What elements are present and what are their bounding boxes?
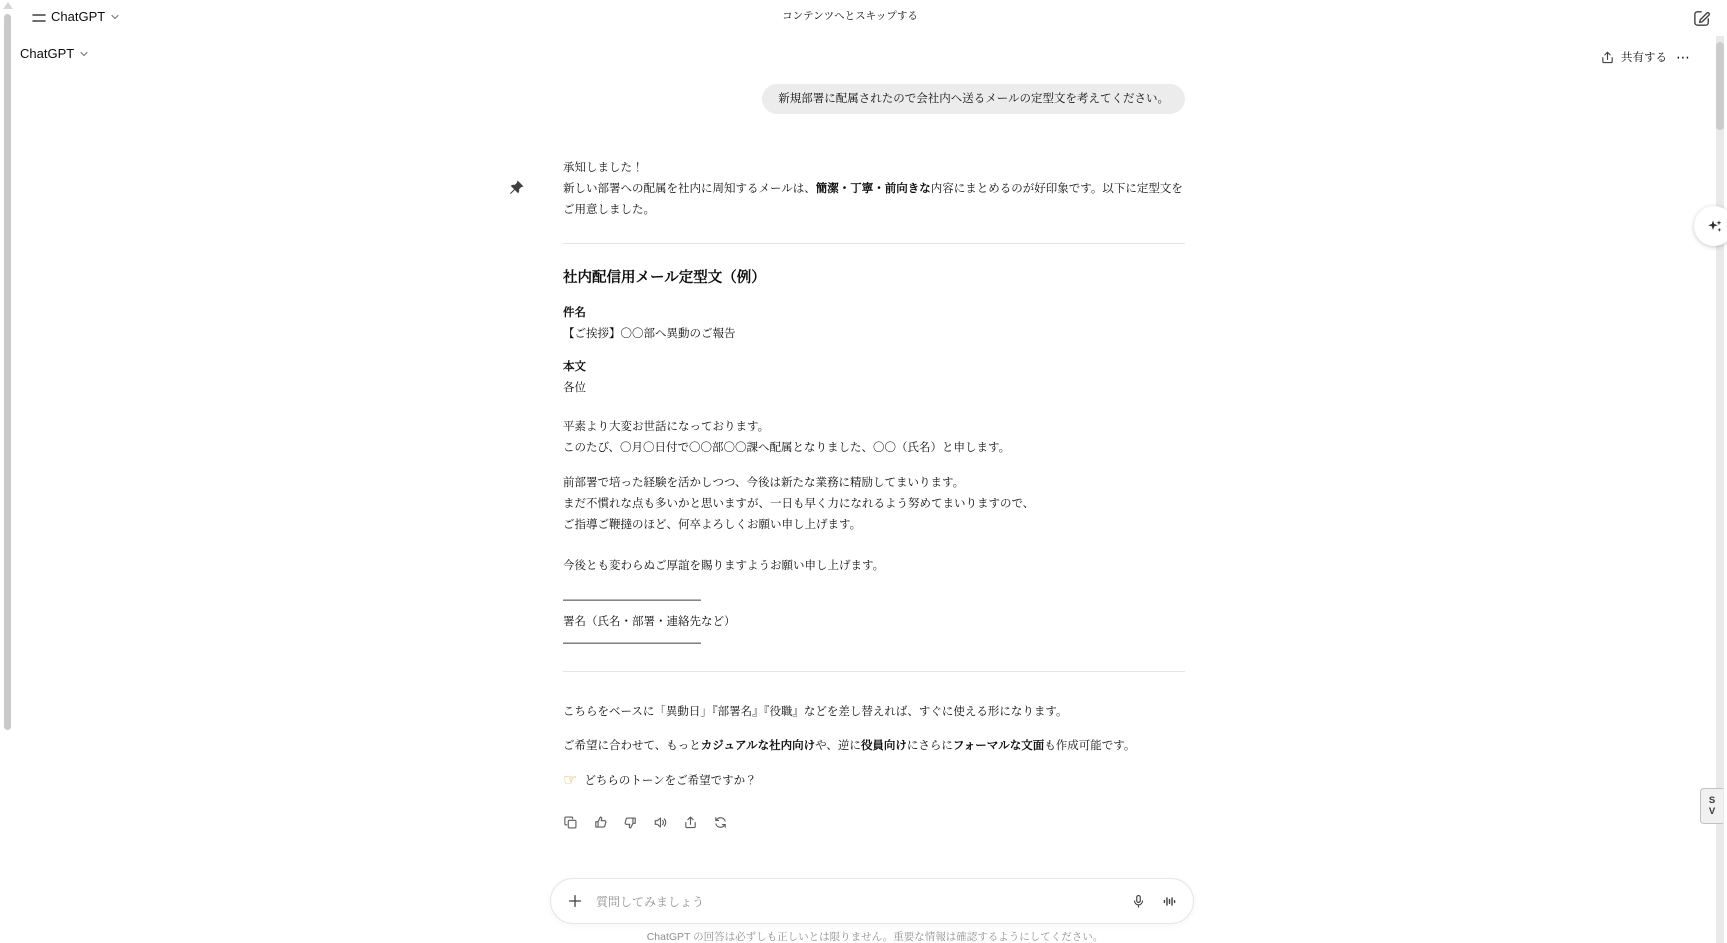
pushpin-icon <box>508 179 526 196</box>
conversation-thread: 新規部署に配属されたので会社内へ送るメールの定型文を考えてください。 承知しまし… <box>563 84 1185 834</box>
email-paragraph-1: 平素より大変お世話になっております。このたび、〇月〇日付で〇〇部〇〇課へ配属とな… <box>563 417 1185 459</box>
microphone-icon <box>1131 894 1146 909</box>
response-actions <box>559 812 1185 834</box>
sv-extension-badge[interactable]: S V <box>1700 788 1723 824</box>
thumbs-up-icon <box>593 815 608 830</box>
upload-icon <box>1600 50 1615 65</box>
copy-icon <box>563 815 578 830</box>
section-divider-bottom <box>563 671 1185 672</box>
user-message-bubble: 新規部署に配属されたので会社内へ送るメールの定型文を考えてください。 <box>762 84 1185 114</box>
compose-icon <box>1692 8 1714 28</box>
speaker-icon <box>653 815 668 830</box>
subject-label: 件名 <box>563 307 586 319</box>
share-button-label: 共有する <box>1621 49 1667 65</box>
assistant-outro-1: こちらをベースに「異動日」『部署名』『役職』などを差し替えれば、すぐに使える形に… <box>563 702 1185 723</box>
pointing-hand-icon: ☞ <box>563 773 577 789</box>
dictate-button[interactable] <box>1131 894 1146 909</box>
signature-line: 署名（氏名・部署・連絡先など） <box>563 616 736 628</box>
body-block: 本文各位 <box>563 357 1185 399</box>
subject-block: 件名【ご挨拶】〇〇部へ異動のご報告 <box>563 303 1185 345</box>
attach-button[interactable] <box>567 893 583 909</box>
signature-divider: ———————————— <box>563 637 701 649</box>
share-response-button[interactable] <box>679 812 701 834</box>
chevron-down-icon <box>79 49 89 59</box>
regenerate-icon <box>713 815 728 830</box>
salutation: 各位 <box>563 382 586 394</box>
pin-button[interactable] <box>508 178 526 196</box>
new-chat-button[interactable] <box>1692 7 1714 29</box>
user-message-row: 新規部署に配属されたので会社内へ送るメールの定型文を考えてください。 <box>563 84 1185 114</box>
header-actions: 共有する ⋯ <box>1600 46 1693 68</box>
plus-icon <box>567 893 583 909</box>
waveform-icon <box>1162 894 1177 909</box>
template-section-heading: 社内配信用メール定型文（例） <box>563 268 1185 289</box>
conversation-model-switcher[interactable]: ChatGPT <box>20 46 89 61</box>
email-paragraph-2: 前部署で培った経験を活かしつつ、今後は新たな業務に精励してまいります。まだ不慣れ… <box>563 473 1185 536</box>
skip-to-content-link[interactable]: コンテンツへとスキップする <box>0 8 1700 23</box>
signature-divider: ———————————— <box>563 594 701 606</box>
email-paragraph-3: 今後とも変わらぬご厚誼を賜りますようお願い申し上げます。 <box>563 556 1185 577</box>
section-divider-top <box>563 243 1185 244</box>
assistant-intro-bold: 簡潔・丁寧・前向きな <box>816 183 931 195</box>
signature-block: ————————————署名（氏名・部署・連絡先など）———————————— <box>563 590 1185 655</box>
assistant-outro-2: ご希望に合わせて、もっとカジュアルな社内向けや、逆に役員向けにさらにフォーマルな… <box>563 736 1185 757</box>
footer-disclaimer: ChatGPT の回答は必ずしも正しいとは限りません。重要な情報は確認するように… <box>430 929 1320 943</box>
assistant-intro-line1: 承知しました！ <box>563 162 644 174</box>
conversation-model-label: ChatGPT <box>20 46 74 61</box>
dislike-button[interactable] <box>619 812 641 834</box>
copy-button[interactable] <box>559 812 581 834</box>
assistant-question: ☞ どちらのトーンをご希望ですか？ <box>563 771 1185 792</box>
more-options-button[interactable]: ⋯ <box>1674 47 1693 67</box>
assistant-intro: 承知しました！新しい部署への配属を社内に周知するメールは、簡潔・丁寧・前向きな内… <box>563 158 1185 221</box>
left-scrollbar-thumb[interactable] <box>4 14 11 730</box>
composer-input[interactable]: 質問してみましょう <box>596 893 1131 910</box>
composer-right-actions <box>1131 894 1177 909</box>
more-icon: ⋯ <box>1676 49 1691 65</box>
sparkles-icon <box>1706 218 1723 235</box>
upload-icon <box>683 815 698 830</box>
composer[interactable]: 質問してみましょう <box>550 878 1194 924</box>
chatgpt-page: { "topbar": { "app_title": "ChatGPT", "s… <box>0 0 1727 943</box>
read-aloud-button[interactable] <box>649 812 671 834</box>
sv-badge-top: S <box>1709 795 1715 806</box>
voice-mode-button[interactable] <box>1162 894 1177 909</box>
body-label: 本文 <box>563 361 586 373</box>
sparkle-overlay-button[interactable] <box>1694 206 1727 246</box>
like-button[interactable] <box>589 812 611 834</box>
thumbs-down-icon <box>623 815 638 830</box>
sv-badge-bottom: V <box>1709 806 1715 817</box>
subject-value: 【ご挨拶】〇〇部へ異動のご報告 <box>563 328 736 340</box>
right-scrollbar-thumb[interactable] <box>1716 42 1724 130</box>
share-button[interactable]: 共有する <box>1600 49 1667 65</box>
assistant-question-text: どちらのトーンをご希望ですか？ <box>584 771 756 792</box>
assistant-intro-pre: 新しい部署への配属を社内に周知するメールは、 <box>563 183 816 195</box>
regenerate-button[interactable] <box>709 812 731 834</box>
